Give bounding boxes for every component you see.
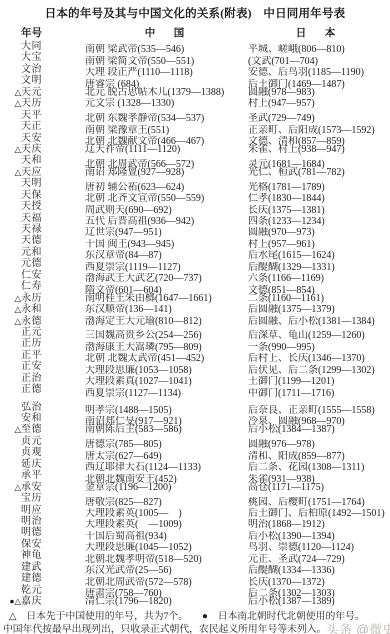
japan-cell: 后醍醐(1329—1331): [248, 262, 387, 273]
era-cell: 天安: [3, 133, 85, 144]
era-mark-icon: [3, 361, 21, 372]
era-mark-icon: [3, 235, 21, 246]
era-cell: 贞观: [3, 447, 85, 458]
era-mark-icon: [3, 190, 21, 201]
japan-cell: 圆融(976—978): [248, 439, 387, 450]
era-name: 正元: [21, 327, 42, 338]
japan-cell: (文武(701—704): [248, 56, 387, 67]
era-cell: 仁安: [3, 270, 85, 281]
china-cell: 大理 段正严(1110—1118): [85, 67, 248, 78]
japan-cell: 长庆(1375—1381): [248, 205, 387, 216]
china-cell: 北朝北周武帝(572—578): [85, 577, 248, 588]
era-name: 文治: [21, 64, 42, 75]
china-cell: 唐敬宗(825—827): [85, 497, 248, 508]
era-mark-icon: [3, 64, 21, 75]
era-cell: 天平: [3, 110, 85, 121]
era-mark-icon: △: [3, 167, 21, 178]
china-cell: 大理段素真(1027—1041): [85, 376, 248, 387]
china-cell: 渤海武王大武艺(720—737): [85, 273, 248, 284]
japan-cell: 土御门(1199—1201): [248, 376, 387, 387]
japan-cell: 光格(1781—1789): [248, 182, 387, 193]
era-mark-icon: [3, 539, 21, 550]
era-name: 大宝: [21, 52, 42, 63]
era-name: 天安: [21, 133, 42, 144]
japan-cell: 后圆融、后小松(1381—1384): [248, 316, 387, 327]
china-cell: 西辽耶律大石(1124—1133): [85, 462, 248, 473]
china-cell: 南朝 梁豫章王(551): [85, 125, 248, 136]
era-cell: △永德: [3, 316, 85, 327]
header-era: 年号: [3, 25, 85, 40]
era-mark-icon: [3, 493, 21, 504]
footnotes: △ 日本先于中国使用的年号，共为7个。● 日本南北朝时代北朝使用的年号。 中国年…: [3, 611, 387, 634]
era-mark-icon: △: [3, 482, 21, 493]
era-name: 天正: [21, 121, 42, 132]
era-name: 明治: [21, 516, 42, 527]
table-row: △至德 南朝陈后主(583—586) 后小松(1384—1387): [3, 424, 387, 435]
japan-cell: 正亲町、后阳成(1573—1592): [248, 125, 387, 136]
era-mark-icon: ●△: [3, 596, 21, 607]
era-name: 延庆: [21, 459, 42, 470]
era-name: 永德: [21, 316, 42, 327]
china-cell: 东汉光武帝(25—56): [85, 565, 248, 576]
japan-cell: 后圆融(1375—1379): [248, 304, 387, 315]
era-name: 仁寿: [21, 281, 42, 292]
table-header-row: 年号 中 国 日 本: [3, 25, 387, 39]
china-cell: 南明桂王朱由榔(1647—1661): [85, 293, 248, 304]
japan-cell: 光仁、桓武(781—782): [248, 167, 387, 178]
china-cell: 北元 脱古思帖木儿(1379—1388): [85, 87, 248, 98]
era-name: 文明: [21, 75, 42, 86]
era-mark-icon: [3, 133, 21, 144]
era-name: 天授: [21, 201, 42, 212]
era-mark-icon: [3, 384, 21, 395]
china-cell: 西夏崇宗(1119—1127): [85, 262, 248, 273]
era-mark-icon: [3, 338, 21, 349]
era-cell: 天禄: [3, 224, 85, 235]
japan-cell: 朱雀、村上(938—947): [248, 144, 387, 155]
era-mark-icon: [3, 413, 21, 424]
china-cell: 唐德宗(785—805): [85, 439, 248, 450]
era-name: 天平: [21, 110, 42, 121]
table-row: 天和 北朝 北周武帝(566—572) 灵元(1681—1684): [3, 155, 387, 166]
era-cell: 延庆: [3, 459, 85, 470]
era-cell: 正平: [3, 350, 85, 361]
era-name: 天德: [21, 235, 42, 246]
era-cell: 乾元: [3, 585, 85, 596]
japan-cell: 后深草、龟山(1259—1260): [248, 330, 387, 341]
japan-cell: 一条(990—995): [248, 342, 387, 353]
era-cell: 明应: [3, 505, 85, 516]
header-japan: 日 本: [248, 25, 387, 40]
era-mark-icon: [3, 75, 21, 86]
japan-cell: 圆融(978—983): [248, 87, 387, 98]
era-name: 天元: [21, 87, 42, 98]
era-mark-icon: [3, 527, 21, 538]
china-cell: 渤海康王大嵩璘(795—809): [85, 342, 248, 353]
era-cell: 大同: [3, 41, 85, 52]
era-mark-icon: [3, 121, 21, 132]
china-cell: 南朝 梁武帝(535—546): [85, 44, 248, 55]
table-row: 宝历 唐敬宗(825—827) 桃园、后樱町(1751—1764): [3, 493, 387, 504]
era-cell: 安和: [3, 413, 85, 424]
china-cell: 大理段素英( —1009): [85, 519, 248, 530]
japan-cell: 高仓(1171—1175): [248, 482, 387, 493]
era-cell: 建武: [3, 562, 85, 573]
era-cell: 正历: [3, 338, 85, 349]
japan-cell: 圆融(970—973): [248, 227, 387, 238]
japan-cell: 明治(1868—1912): [248, 519, 387, 530]
japan-cell: 后小松(1390—1394): [248, 531, 387, 542]
era-name: 正历: [21, 338, 42, 349]
table-row: △永德 渤海定王大元瑜(810—812) 后圆融、后小松(1381—1384): [3, 316, 387, 327]
china-cell: 南朝陈后主(583—586): [85, 424, 248, 435]
japan-cell: 后村上、长庆(1346—1370): [248, 353, 387, 364]
era-mark-icon: △: [3, 424, 21, 435]
era-cell: 建德: [3, 573, 85, 584]
era-name: 天福: [21, 213, 42, 224]
table-row: △承安 金章宗(1196—1200) 高仓(1171—1175): [3, 482, 387, 493]
era-cell: 天明: [3, 178, 85, 189]
japan-cell: 后醍醐(1334—1336): [248, 565, 387, 576]
era-mark-icon: △: [3, 87, 21, 98]
china-cell: 唐初 辅公祏(623—624): [85, 182, 248, 193]
era-name: 建武: [21, 562, 42, 573]
era-name: 天禄: [21, 224, 42, 235]
japan-cell: 后伏见、后二条(1299—1302): [248, 365, 387, 376]
era-cell: 承平: [3, 470, 85, 481]
era-name: 天庆: [21, 144, 42, 155]
era-cell: 保安: [3, 539, 85, 550]
japan-cell: 后小松(1387—1389): [248, 596, 387, 607]
era-cell: 正安: [3, 361, 85, 372]
table-row: 天明 唐初 辅公祏(623—624) 光格(1781—1789): [3, 178, 387, 189]
era-name: 永历: [21, 293, 42, 304]
era-name: 天和: [21, 155, 42, 166]
china-cell: 十国后蜀高祖(934): [85, 531, 248, 542]
china-cell: 十国 闽王(943—945): [85, 239, 248, 250]
era-mark-icon: [3, 516, 21, 527]
era-cell: 文明: [3, 75, 85, 86]
china-cell: 五代 后晋高祖(936—942): [85, 216, 248, 227]
japan-cell: 鸟羽、崇德(1120—1124): [248, 542, 387, 553]
era-cell: 弘治: [3, 402, 85, 413]
era-mark-icon: [3, 573, 21, 584]
era-mark-icon: [3, 110, 21, 121]
era-name: 仁安: [21, 270, 42, 281]
era-cell: 神龟: [3, 550, 85, 561]
china-cell: 渤海定王大元瑜(810—812): [85, 316, 248, 327]
japan-cell: 中御门(1711—1716): [248, 388, 387, 399]
era-name: 承平: [21, 470, 42, 481]
era-name: 正治: [21, 373, 42, 384]
era-mark-icon: △: [3, 98, 21, 109]
era-name: 天应: [21, 167, 42, 178]
era-mark-icon: [3, 459, 21, 470]
china-cell: 南诏 郑隆亶(927—928): [85, 167, 248, 178]
china-cell: 北朝 北魏太武帝(451—452): [85, 353, 248, 364]
era-cell: 天正: [3, 121, 85, 132]
china-cell: 元文宗 (1328—1330): [85, 98, 248, 109]
table-row: ●△嘉庆 清仁宗(1796—1820) 后小松(1387—1389): [3, 596, 387, 607]
china-cell: 南朝 梁简文帝(550—551): [85, 56, 248, 67]
era-cell: 仁寿: [3, 281, 85, 292]
era-mark-icon: [3, 258, 21, 269]
era-cell: 天和: [3, 155, 85, 166]
japan-cell: 安德、后鸟羽(1185—1190): [248, 67, 387, 78]
era-cell: △天庆: [3, 144, 85, 155]
era-cell: 元和: [3, 247, 85, 258]
china-cell: 辽天祚帝(1111—1120): [85, 144, 248, 155]
era-cell: △永和: [3, 304, 85, 315]
china-cell: 北朝北魏孝明帝(518—520): [85, 554, 248, 565]
table-body: 大同 南朝 梁武帝(535—546) 平城、嵯峨(806—810) 大宝 南朝 …: [3, 41, 387, 607]
china-cell: 唐太宗(627—649): [85, 451, 248, 462]
era-mark-icon: [3, 178, 21, 189]
era-name: 大同: [21, 41, 42, 52]
china-cell: 东汉章帝(84—87): [85, 250, 248, 261]
era-mark-icon: [3, 436, 21, 447]
footnote-line2: 中国年代按最早出现列出，只收录正式朝代，农民起义所用年号等未列入。 头条 @微史…: [3, 624, 387, 634]
era-name: 元德: [21, 258, 42, 269]
footnote-dot-note: ● 日本南北朝时代北朝使用的年号。: [202, 611, 365, 622]
era-cell: 天授: [3, 201, 85, 212]
china-cell: 辽世宗(947—951): [85, 227, 248, 238]
era-mark-icon: [3, 224, 21, 235]
era-name: 天明: [21, 178, 42, 189]
era-mark-icon: [3, 247, 21, 258]
japan-cell: 后土御门、后柏原(1492—1501): [248, 508, 387, 519]
era-mark-icon: [3, 505, 21, 516]
era-cell: 元德: [3, 258, 85, 269]
japan-cell: 村上(947—957): [248, 98, 387, 109]
era-mark-icon: △: [3, 304, 21, 315]
era-name: 明德: [21, 527, 42, 538]
era-mark-icon: [3, 41, 21, 52]
era-mark-icon: [3, 470, 21, 481]
table-row: 大同 南朝 梁武帝(535—546) 平城、嵯峨(806—810): [3, 41, 387, 52]
era-name: 天保: [21, 190, 42, 201]
china-cell: 北朝 北齐文宣帝(550—559): [85, 193, 248, 204]
era-mark-icon: △: [3, 144, 21, 155]
japan-cell: 平城、嵯峨(806—810): [248, 44, 387, 55]
china-cell: 三国魏高贵乡公(254—256): [85, 330, 248, 341]
china-cell: 大理段思廉(1053—1058): [85, 365, 248, 376]
japan-cell: 圣武(729—749): [248, 113, 387, 124]
table-row: 天平 北朝 东魏孝静帝(534—537) 圣武(729—749): [3, 110, 387, 121]
japan-cell: 元正、圣武(724—729): [248, 554, 387, 565]
china-cell: 周武则天(690—692): [85, 205, 248, 216]
table-row: △天应 南诏 郑隆亶(927—928) 光仁、桓武(781—782): [3, 167, 387, 178]
table-row: △天历 元文宗 (1328—1330) 村上(947—957): [3, 98, 387, 109]
table-row: 贞元 唐德宗(785—805) 圆融(976—978): [3, 436, 387, 447]
era-cell: ●△嘉庆: [3, 596, 85, 607]
table-row: △天庆 辽天祚帝(1111—1120) 朱雀、村上(938—947): [3, 144, 387, 155]
era-mark-icon: [3, 585, 21, 596]
era-mark-icon: [3, 270, 21, 281]
china-cell: 清仁宗(1796—1820): [85, 596, 248, 607]
era-name: 正安: [21, 361, 42, 372]
era-cell: △天元: [3, 87, 85, 98]
era-name: 宝历: [21, 493, 42, 504]
header-china: 中 国: [85, 25, 248, 40]
japan-cell: 后奈良、正亲町(1555—1558): [248, 405, 387, 416]
japan-cell: 长庆(1370—1372): [248, 577, 387, 588]
table-row: △永历 南明桂王朱由榔(1647—1661) 二条(1160—1161): [3, 293, 387, 304]
era-cell: 大宝: [3, 52, 85, 63]
era-cell: 正治: [3, 373, 85, 384]
era-cell: 明治: [3, 516, 85, 527]
japan-cell: 桃园、后樱町(1751—1764): [248, 497, 387, 508]
table-row: △天元 北元 脱古思帖木儿(1379—1388) 圆融(978—983): [3, 87, 387, 98]
era-mark-icon: [3, 373, 21, 384]
era-cell: 天德: [3, 235, 85, 246]
japan-cell: 仁孝(1830—1844): [248, 193, 387, 204]
era-name: 明应: [21, 505, 42, 516]
era-name: 承安: [21, 482, 42, 493]
page: 日本的年号及其与中国文化的关系(附表) 中日同用年号表 年号 中 国 日 本 大…: [0, 0, 390, 634]
footnote-triangle-note: △ 日本先于中国使用的年号，共为7个。: [9, 611, 188, 622]
japan-cell: 六条(1166—1169): [248, 273, 387, 284]
footnote-source-note: 中国年代按最早出现列出，只收录正式朝代，农民起义所用年号等未列入。: [3, 624, 326, 634]
era-name: 建德: [21, 573, 42, 584]
japan-cell: 后小松(1384—1387): [248, 424, 387, 435]
era-name: 安和: [21, 413, 42, 424]
page-title: 日本的年号及其与中国文化的关系(附表) 中日同用年号表: [3, 5, 387, 21]
era-cell: △永历: [3, 293, 85, 304]
japan-cell: 后水尾(1615—1624): [248, 250, 387, 261]
era-cell: 贞元: [3, 436, 85, 447]
era-mark-icon: [3, 402, 21, 413]
era-mark-icon: [3, 327, 21, 338]
era-name: 贞观: [21, 447, 42, 458]
era-cell: △天历: [3, 98, 85, 109]
era-name: 贞元: [21, 436, 42, 447]
japan-cell: 二条(1160—1161): [248, 293, 387, 304]
japan-cell: 后二条、花园(1308—1311): [248, 462, 387, 473]
era-name: 天历: [21, 98, 42, 109]
era-cell: 正德: [3, 384, 85, 395]
china-cell: 西夏崇宗(1127—1134): [85, 388, 248, 399]
era-cell: △至德: [3, 424, 85, 435]
era-mark-icon: △: [3, 316, 21, 327]
china-cell: 大理段素英(1005— ): [85, 508, 248, 519]
china-cell: 明孝宗(1488—1505): [85, 405, 248, 416]
era-cell: 文治: [3, 64, 85, 75]
era-mark-icon: [3, 350, 21, 361]
era-name: 正平: [21, 350, 42, 361]
era-cell: 宝历: [3, 493, 85, 504]
table-row: 弘治 明孝宗(1488—1505) 后奈良、正亲町(1555—1558): [3, 402, 387, 413]
era-mark-icon: [3, 213, 21, 224]
japan-cell: 清和、阳成(859—877): [248, 451, 387, 462]
era-name: 保安: [21, 539, 42, 550]
era-name: 正德: [21, 384, 42, 395]
china-cell: 金章宗(1196—1200): [85, 482, 248, 493]
era-cell: △承安: [3, 482, 85, 493]
era-name: 至德: [21, 424, 42, 435]
era-mark-icon: △: [3, 293, 21, 304]
era-mark-icon: [3, 281, 21, 292]
era-name: 嘉庆: [21, 596, 42, 607]
era-mark-icon: [3, 550, 21, 561]
era-table: 年号 中 国 日 本 大同 南朝 梁武帝(535—546) 平城、嵯峨(806—…: [3, 25, 387, 607]
era-name: 乾元: [21, 585, 42, 596]
era-name: 弘治: [21, 402, 42, 413]
era-cell: 天保: [3, 190, 85, 201]
china-cell: 大理段思廉(1045—1052): [85, 542, 248, 553]
japan-cell: 村上(957—961): [248, 239, 387, 250]
japan-cell: 四条(1233—1234): [248, 216, 387, 227]
era-name: 神龟: [21, 550, 42, 561]
era-cell: 正元: [3, 327, 85, 338]
era-mark-icon: [3, 52, 21, 63]
era-cell: 明德: [3, 527, 85, 538]
era-name: 元和: [21, 247, 42, 258]
era-mark-icon: [3, 447, 21, 458]
era-cell: 天福: [3, 213, 85, 224]
era-mark-icon: [3, 562, 21, 573]
era-mark-icon: [3, 155, 21, 166]
era-name: 永和: [21, 304, 42, 315]
china-cell: 北朝 东魏孝静帝(534—537): [85, 113, 248, 124]
table-row: △永和 东汉顺帝(136—141) 后圆融(1375—1379): [3, 304, 387, 315]
era-cell: △天应: [3, 167, 85, 178]
watermark: 头条 @微史春秋: [326, 624, 390, 634]
china-cell: 东汉顺帝(136—141): [85, 304, 248, 315]
era-mark-icon: [3, 201, 21, 212]
table-row: 正元 三国魏高贵乡公(254—256) 后深草、龟山(1259—1260): [3, 327, 387, 338]
